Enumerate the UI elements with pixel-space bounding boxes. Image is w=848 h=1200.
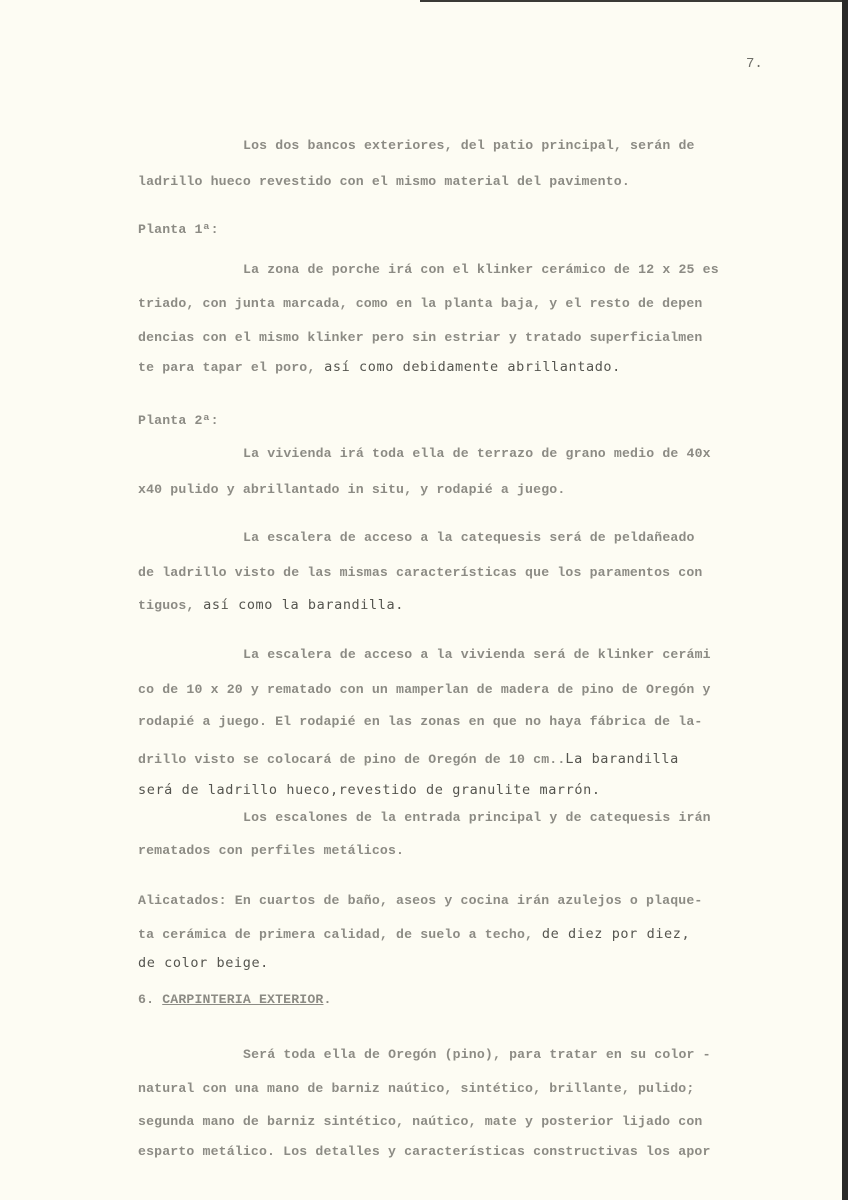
line-text: Planta 1ª: xyxy=(138,222,219,237)
text-line: será de ladrillo hueco,revestido de gran… xyxy=(138,782,601,798)
text-line: Planta 2ª: xyxy=(138,413,219,428)
typed-insertion: así como debidamente abrillantado. xyxy=(315,359,620,375)
line-text: triado, con junta marcada, como en la pl… xyxy=(138,296,702,311)
page-edge-top xyxy=(420,0,842,2)
page-edge-right xyxy=(842,0,848,1200)
text-line: triado, con junta marcada, como en la pl… xyxy=(138,296,702,311)
text-line: Alicatados: En cuartos de baño, aseos y … xyxy=(138,893,702,908)
text-line: natural con una mano de barniz naútico, … xyxy=(138,1081,694,1096)
line-text: x40 pulido y abrillantado in situ, y rod… xyxy=(138,482,565,497)
line-text: La vivienda irá toda ella de terrazo de … xyxy=(243,446,711,461)
line-text: segunda mano de barniz sintético, naútic… xyxy=(138,1114,702,1129)
typed-insertion: La barandilla xyxy=(565,751,678,767)
text-line: drillo visto se colocará de pino de Oreg… xyxy=(138,751,679,767)
text-line: La vivienda irá toda ella de terrazo de … xyxy=(243,446,711,461)
text-line: te para tapar el poro, así como debidame… xyxy=(138,359,621,375)
line-text: esparto metálico. Los detalles y caracte… xyxy=(138,1144,711,1159)
line-text: rodapié a juego. El rodapié en las zonas… xyxy=(138,714,702,729)
line-text: Alicatados: En cuartos de baño, aseos y … xyxy=(138,893,702,908)
text-line: x40 pulido y abrillantado in situ, y rod… xyxy=(138,482,565,497)
text-line: esparto metálico. Los detalles y caracte… xyxy=(138,1144,711,1159)
page-number: 7. xyxy=(746,56,763,72)
line-text: . xyxy=(323,992,331,1007)
text-line: Planta 1ª: xyxy=(138,222,219,237)
typed-insertion: de diez por diez, xyxy=(533,926,690,942)
text-line: de color beige. xyxy=(138,955,269,971)
section-heading: CARPINTERIA EXTERIOR xyxy=(162,992,323,1007)
line-text: ta cerámica de primera calidad, de suelo… xyxy=(138,927,533,942)
text-line: dencias con el mismo klinker pero sin es… xyxy=(138,330,702,345)
line-text: Los escalones de la entrada principal y … xyxy=(243,810,711,825)
line-text: dencias con el mismo klinker pero sin es… xyxy=(138,330,702,345)
text-line: rematados con perfiles metálicos. xyxy=(138,843,404,858)
text-line: La zona de porche irá con el klinker cer… xyxy=(243,262,719,277)
line-text: 6. xyxy=(138,992,162,1007)
text-line: 6. CARPINTERIA EXTERIOR. xyxy=(138,992,332,1007)
text-line: La escalera de acceso a la catequesis se… xyxy=(243,530,695,545)
line-text: Los dos bancos exteriores, del patio pri… xyxy=(243,138,695,153)
text-line: segunda mano de barniz sintético, naútic… xyxy=(138,1114,702,1129)
typed-insertion: de color beige. xyxy=(138,955,269,971)
line-text: La zona de porche irá con el klinker cer… xyxy=(243,262,719,277)
text-line: co de 10 x 20 y rematado con un mamperla… xyxy=(138,682,711,697)
text-line: Los dos bancos exteriores, del patio pri… xyxy=(243,138,695,153)
text-line: ta cerámica de primera calidad, de suelo… xyxy=(138,926,690,942)
line-text: te para tapar el poro, xyxy=(138,360,315,375)
line-text: de ladrillo visto de las mismas caracter… xyxy=(138,565,702,580)
line-text: natural con una mano de barniz naútico, … xyxy=(138,1081,694,1096)
typed-insertion: será de ladrillo hueco,revestido de gran… xyxy=(138,782,601,798)
text-line: La escalera de acceso a la vivienda será… xyxy=(243,647,711,662)
text-line: ladrillo hueco revestido con el mismo ma… xyxy=(138,174,630,189)
line-text: rematados con perfiles metálicos. xyxy=(138,843,404,858)
line-text: tiguos, xyxy=(138,598,194,613)
line-text: ladrillo hueco revestido con el mismo ma… xyxy=(138,174,630,189)
text-line: de ladrillo visto de las mismas caracter… xyxy=(138,565,702,580)
line-text: drillo visto se colocará de pino de Oreg… xyxy=(138,752,565,767)
text-line: Será toda ella de Oregón (pino), para tr… xyxy=(243,1047,711,1062)
line-text: La escalera de acceso a la catequesis se… xyxy=(243,530,695,545)
text-line: Los escalones de la entrada principal y … xyxy=(243,810,711,825)
line-text: Será toda ella de Oregón (pino), para tr… xyxy=(243,1047,711,1062)
text-line: tiguos, así como la barandilla. xyxy=(138,597,404,613)
line-text: co de 10 x 20 y rematado con un mamperla… xyxy=(138,682,711,697)
line-text: Planta 2ª: xyxy=(138,413,219,428)
typed-insertion: así como la barandilla. xyxy=(194,597,403,613)
text-line: rodapié a juego. El rodapié en las zonas… xyxy=(138,714,702,729)
line-text: La escalera de acceso a la vivienda será… xyxy=(243,647,711,662)
